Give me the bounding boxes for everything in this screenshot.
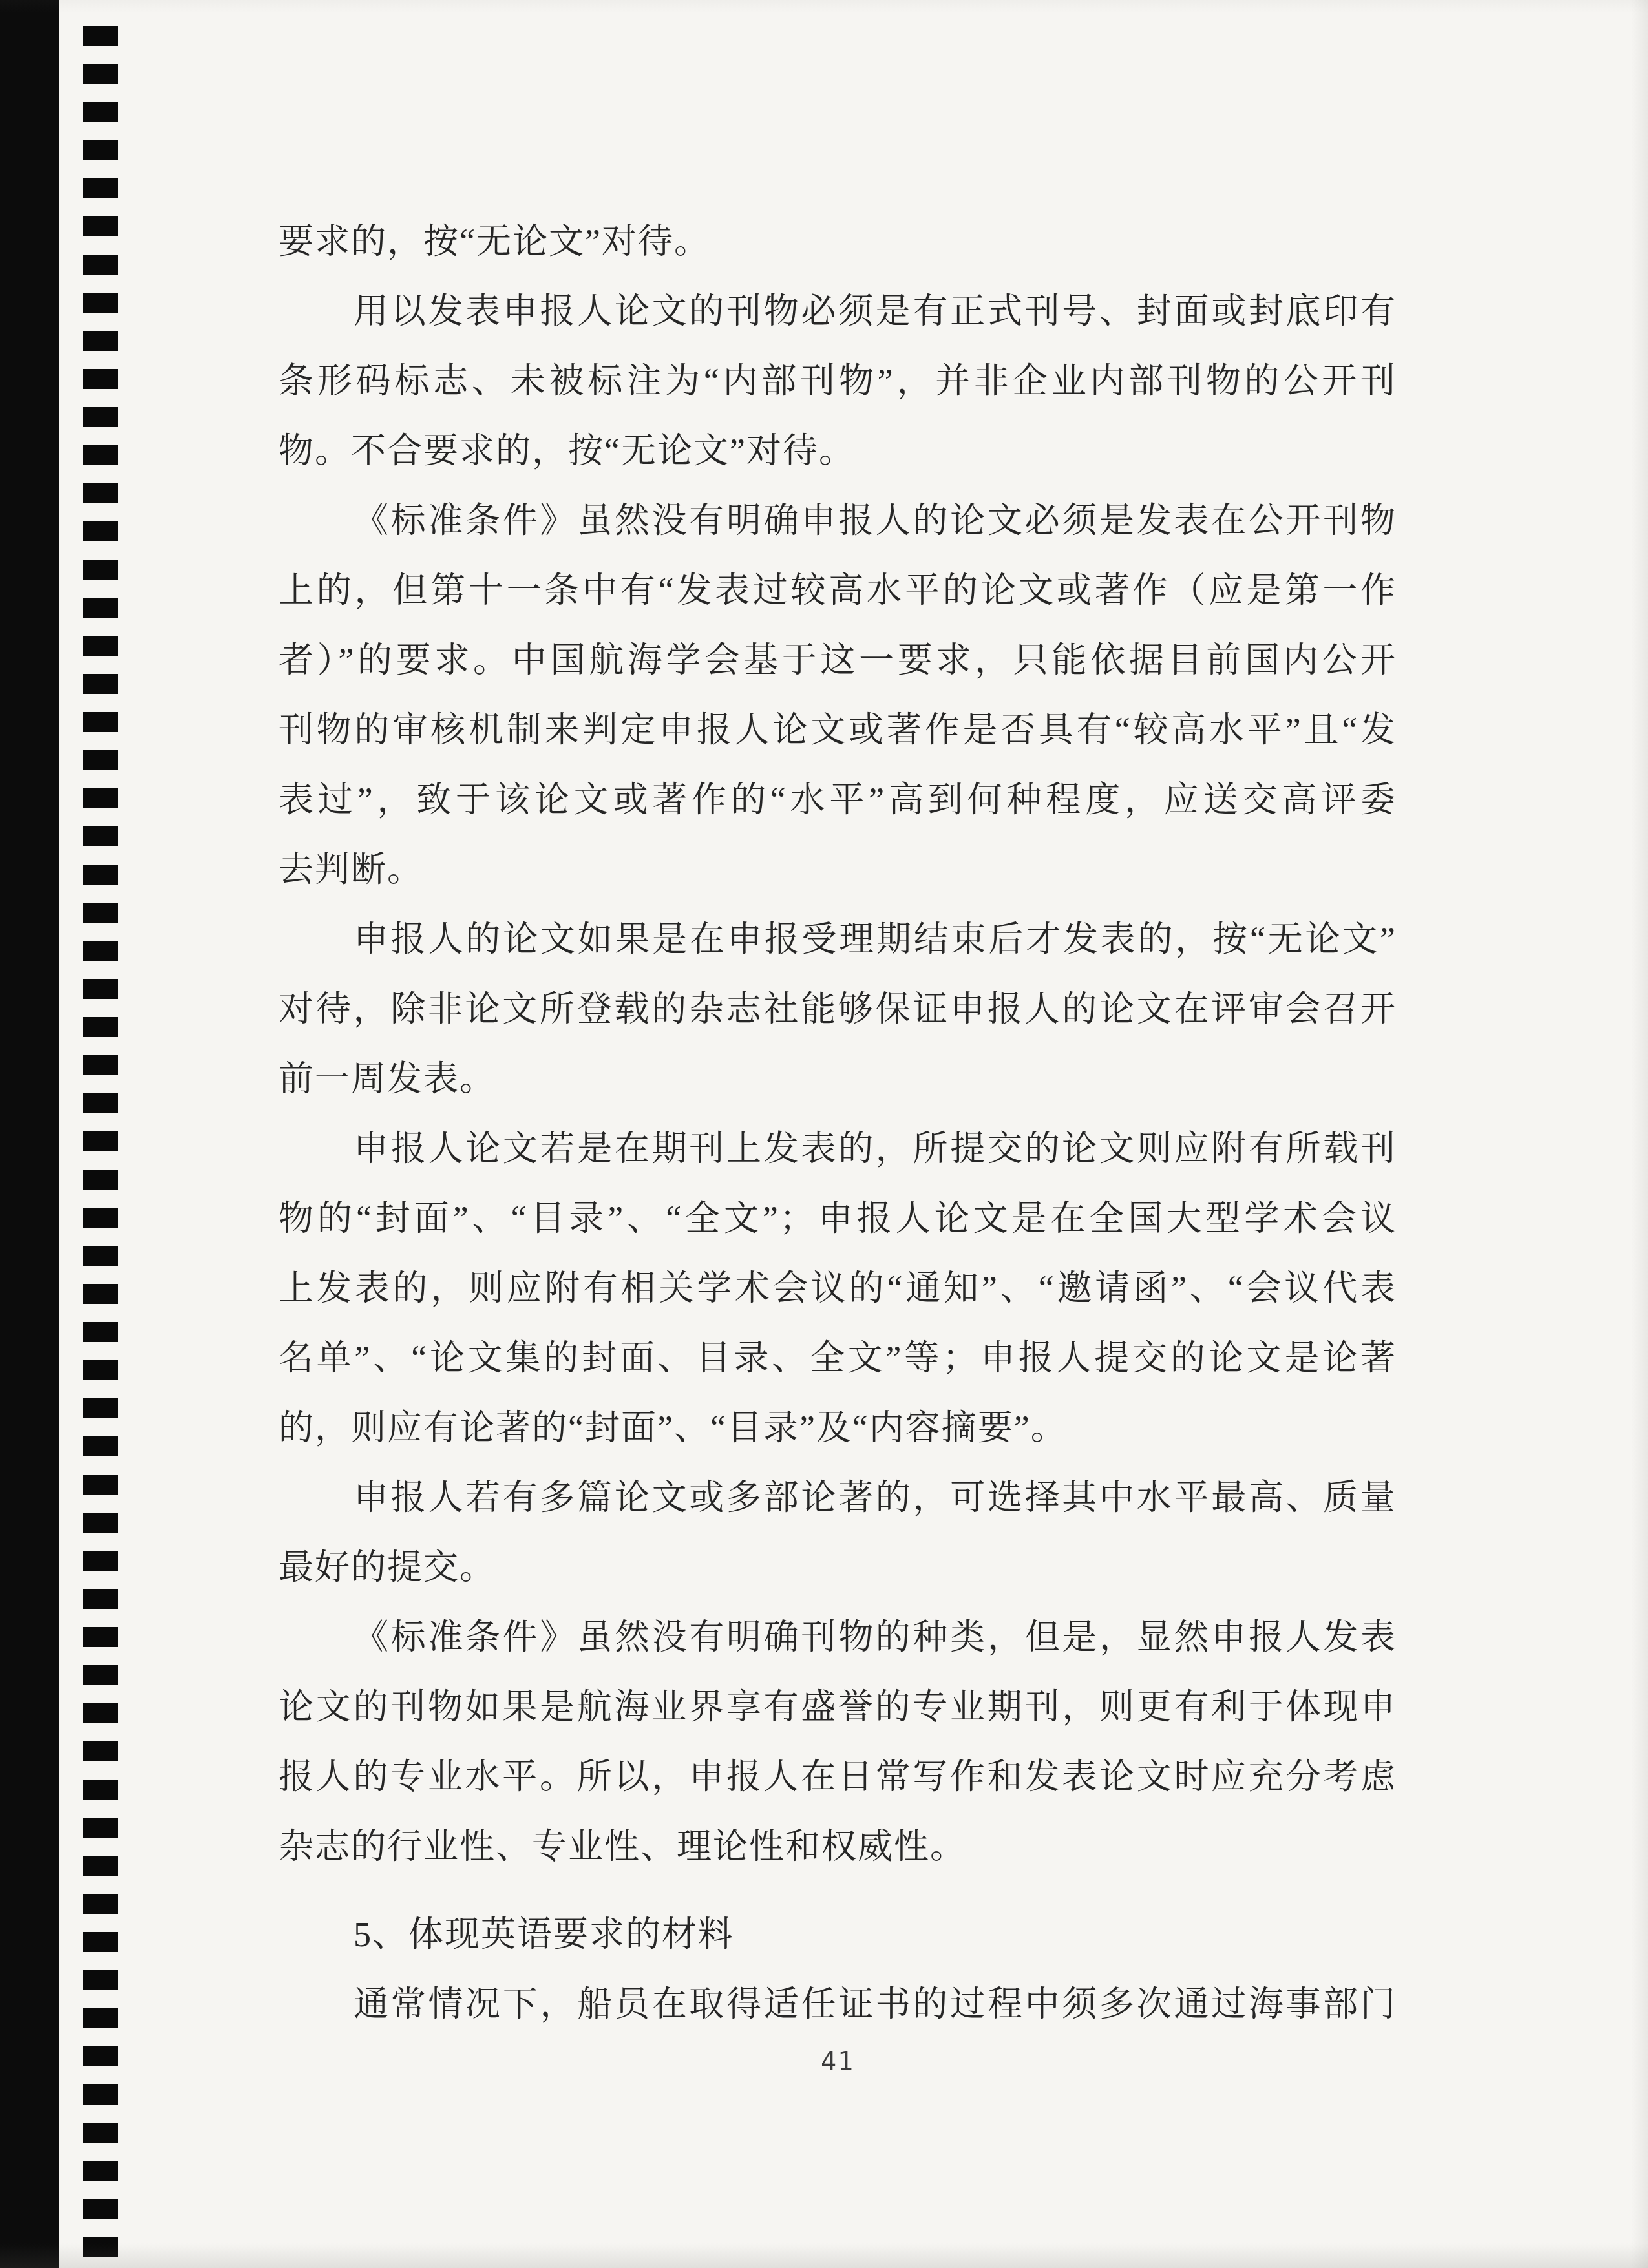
text-line: 对待，除非论文所登载的杂志社能够保证申报人的论文在评审会召开 bbox=[279, 974, 1397, 1044]
text-line: 名单”、“论文集的封面、目录、全文”等；申报人提交的论文是论著 bbox=[279, 1323, 1397, 1393]
text-line: 刊物的审核机制来判定申报人论文或著作是否具有“较高水平”且“发 bbox=[279, 695, 1397, 765]
text-line: 物的“封面”、“目录”、“全文”；申报人论文是在全国大型学术会议 bbox=[279, 1184, 1397, 1254]
text-line: 最好的提交。 bbox=[279, 1533, 1397, 1602]
text-line: 用以发表申报人论文的刊物必须是有正式刊号、封面或封底印有 bbox=[279, 277, 1397, 346]
text-line: 杂志的行业性、专业性、理论性和权威性。 bbox=[279, 1812, 1397, 1882]
binding-spine bbox=[0, 0, 59, 2268]
text-line: 申报人若有多篇论文或多部论著的，可选择其中水平最高、质量 bbox=[279, 1463, 1397, 1533]
scanned-page: 要求的，按“无论文”对待。用以发表申报人论文的刊物必须是有正式刊号、封面或封底印… bbox=[0, 0, 1648, 2268]
text-line: 表过”，致于该论文或著作的“水平”高到何种程度，应送交高评委 bbox=[279, 765, 1397, 835]
section-heading: 5、体现英语要求的材料 bbox=[279, 1900, 1397, 1969]
text-line: 上的，但第十一条中有“发表过较高水平的论文或著作（应是第一作 bbox=[279, 556, 1397, 625]
text-line: 条形码标志、未被标注为“内部刊物”，并非企业内部刊物的公开刊 bbox=[279, 346, 1397, 416]
text-line: 去判断。 bbox=[279, 835, 1397, 905]
text-line: 《标准条件》虽然没有明确刊物的种类，但是，显然申报人发表 bbox=[279, 1602, 1397, 1672]
text-line: 报人的专业水平。所以，申报人在日常写作和发表论文时应充分考虑 bbox=[279, 1742, 1397, 1812]
text-line: 前一周发表。 bbox=[279, 1044, 1397, 1114]
text-line: 《标准条件》虽然没有明确申报人的论文必须是发表在公开刊物 bbox=[279, 486, 1397, 556]
document-body: 要求的，按“无论文”对待。用以发表申报人论文的刊物必须是有正式刊号、封面或封底印… bbox=[279, 207, 1397, 2039]
text-line: 要求的，按“无论文”对待。 bbox=[279, 207, 1397, 277]
text-line: 申报人的论文如果是在申报受理期结束后才发表的，按“无论文” bbox=[279, 905, 1397, 974]
text-line: 论文的刊物如果是航海业界享有盛誉的专业期刊，则更有利于体现申 bbox=[279, 1672, 1397, 1742]
page-number: 41 bbox=[279, 2047, 1397, 2077]
text-line: 的，则应有论著的“封面”、“目录”及“内容摘要”。 bbox=[279, 1393, 1397, 1463]
text-line: 物。不合要求的，按“无论文”对待。 bbox=[279, 416, 1397, 486]
text-line: 申报人论文若是在期刊上发表的，所提交的论文则应附有所载刊 bbox=[279, 1114, 1397, 1184]
text-line: 通常情况下，船员在取得适任证书的过程中须多次通过海事部门 bbox=[279, 1969, 1397, 2039]
text-line: 上发表的，则应附有相关学术会议的“通知”、“邀请函”、“会议代表 bbox=[279, 1254, 1397, 1323]
text-line: 者）”的要求。中国航海学会基于这一要求，只能依据目前国内公开 bbox=[279, 625, 1397, 695]
binding-holes bbox=[83, 26, 118, 2263]
